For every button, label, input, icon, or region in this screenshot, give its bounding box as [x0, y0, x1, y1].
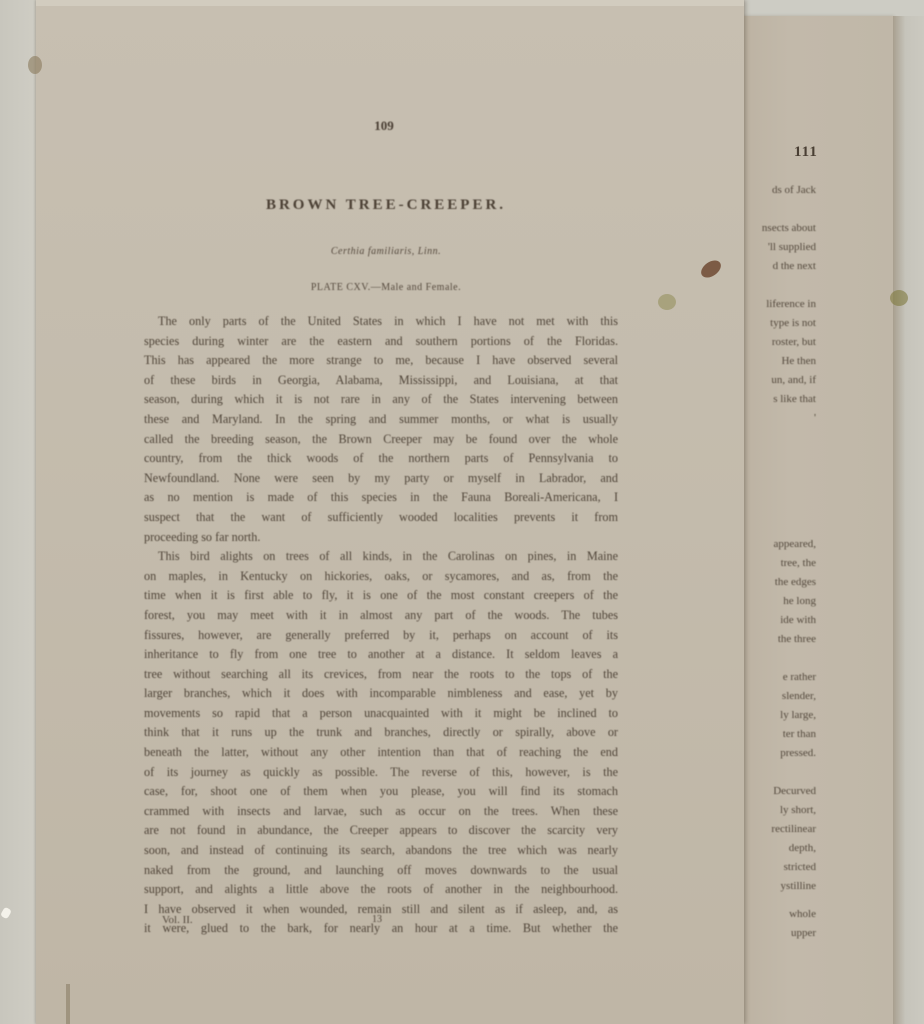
text-line: inheritance to fly from one tree to anot…	[144, 645, 618, 665]
text-line: of its journey as quickly as possible. T…	[144, 763, 618, 783]
text-line: This bird alights on trees of all kinds,…	[144, 547, 618, 567]
right-page-line: the edges	[744, 576, 816, 588]
right-page-line: stricted	[744, 861, 816, 873]
text-line: support, and alights a little above the …	[144, 880, 618, 900]
text-line: forest, you may meet with it in almost a…	[144, 606, 618, 626]
text-line: This has appeared the more strange to me…	[144, 351, 618, 371]
text-line: season, during which it is not rare in a…	[144, 390, 618, 410]
right-page-line: un, and, if	[744, 374, 816, 386]
text-line: proceeding so far north.	[144, 528, 618, 548]
right-page-line: depth,	[744, 842, 816, 854]
right-page-number: 111	[794, 144, 818, 161]
right-page-line: ly large,	[744, 709, 816, 721]
text-line: as no mention is made of this species in…	[144, 488, 618, 508]
right-page-line: ide with	[744, 614, 816, 626]
text-line: species during winter are the eastern an…	[144, 332, 618, 352]
text-line: fissures, however, are generally preferr…	[144, 626, 618, 646]
plate-caption: PLATE CXV.—Male and Female.	[216, 282, 556, 293]
right-page-line: appeared,	[744, 538, 816, 550]
page-title: BROWN TREE-CREEPER.	[176, 197, 596, 214]
text-line: soon, and instead of continuing its sear…	[144, 841, 618, 861]
text-line: are not found in abundance, the Creeper …	[144, 821, 618, 841]
right-page-line: 'll supplied	[744, 241, 816, 253]
right-page-line: whole	[744, 908, 816, 920]
stain-mark	[890, 290, 908, 306]
page-edge-shadow	[893, 16, 924, 1024]
right-page-line: upper	[744, 927, 816, 939]
right-page-line: ds of Jack	[744, 184, 816, 196]
text-line: Newfoundland. None were seen by my party…	[144, 469, 618, 489]
right-page-line: type is not	[744, 317, 816, 329]
text-line: of these birds in Georgia, Alabama, Miss…	[144, 371, 618, 391]
right-page-line: ter than	[744, 728, 816, 740]
text-line: time when it is first able to fly, it is…	[144, 586, 618, 606]
stain-mark	[658, 294, 676, 310]
stain-mark	[28, 56, 42, 74]
right-page-line: tree, the	[744, 557, 816, 569]
text-line: case, for, shoot one of them when you pl…	[144, 782, 618, 802]
right-page-line: ly short,	[744, 804, 816, 816]
text-line: The only parts of the United States in w…	[144, 312, 618, 332]
right-page-line: ystilline	[744, 880, 816, 892]
text-line: naked from the ground, and launching off…	[144, 861, 618, 881]
right-page-line: nsects about	[744, 222, 816, 234]
right-page-line: s like that	[744, 393, 816, 405]
right-page-line: roster, but	[744, 336, 816, 348]
right-page-line: he long	[744, 595, 816, 607]
right-page-line: Decurved	[744, 785, 816, 797]
right-page-line: liference in	[744, 298, 816, 310]
right-page-line: He then	[744, 355, 816, 367]
text-line: country, from the thick woods of the nor…	[144, 449, 618, 469]
text-line: movements so rapid that a person unacqua…	[144, 704, 618, 724]
right-page: 111 ds of Jack nsects about 'll supplied…	[742, 16, 896, 1024]
text-line: tree without searching all its crevices,…	[144, 665, 618, 685]
right-page-line: pressed.	[744, 747, 816, 759]
text-line: larger branches, which it does with inco…	[144, 684, 618, 704]
page-number: 109	[354, 118, 414, 134]
right-page-line: '	[744, 412, 816, 424]
text-line: on maples, in Kentucky on hickories, oak…	[144, 567, 618, 587]
latin-name: Certhia familiaris, Linn.	[216, 246, 556, 257]
right-page-line: the three	[744, 633, 816, 645]
left-page: 109 BROWN TREE-CREEPER. Certhia familiar…	[36, 0, 744, 1024]
text-line: called the breeding season, the Brown Cr…	[144, 430, 618, 450]
text-line: think that it runs up the trunk and bran…	[144, 723, 618, 743]
body-text: The only parts of the United States in w…	[144, 312, 618, 939]
footer-signature: 13	[372, 914, 382, 925]
right-page-line: e rather	[744, 671, 816, 683]
text-line: these and Maryland. In the spring and su…	[144, 410, 618, 430]
right-page-line: slender,	[744, 690, 816, 702]
right-page-line: rectilinear	[744, 823, 816, 835]
right-page-line: d the next	[744, 260, 816, 272]
text-line: crammed with insects and larvae, such as…	[144, 802, 618, 822]
footer-volume: Vol. II.	[162, 914, 193, 926]
text-line: suspect that the want of sufficiently wo…	[144, 508, 618, 528]
text-line: beneath the latter, without any other in…	[144, 743, 618, 763]
